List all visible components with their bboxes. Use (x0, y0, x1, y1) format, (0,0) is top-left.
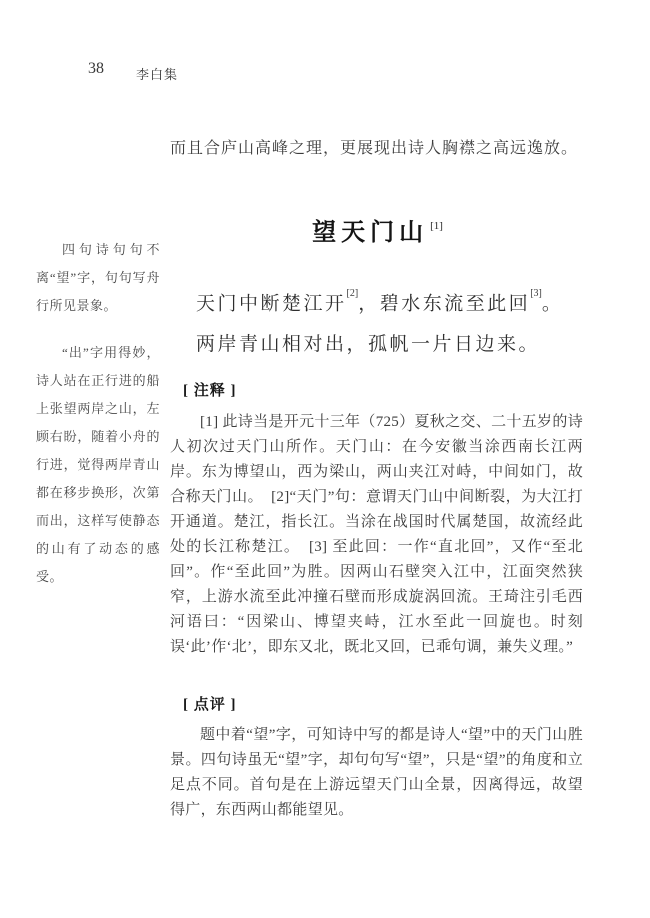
margin-commentary: 四句诗句句不离“望”字，句句写舟行所见景象。 “出”字用得妙，诗人站在正行进的船… (36, 236, 160, 610)
poem-line-1-period: 。 (542, 293, 564, 314)
running-header-book-title: 李白集 (136, 64, 178, 83)
margin-note-paragraph-1: 四句诗句句不离“望”字，句句写舟行所见景象。 (36, 236, 160, 320)
commentary-section-heading: [ 点评 ] (183, 693, 237, 714)
poem-line-2: 两岸青山相对出，孤帆一片日边来。 (196, 324, 563, 365)
poem-line-1-text: 天门中断楚江开 (196, 293, 347, 314)
poem-title: 望天门山[1] (170, 212, 585, 247)
annotations-section-heading: [ 注释 ] (183, 379, 237, 400)
poem-line-1-text-cont: ，碧水东流至此回 (358, 293, 530, 314)
page-number: 38 (88, 60, 104, 78)
commentary-text: 题中着“望”字，可知诗中写的都是诗人“望”中的天门山胜景。四句诗虽无“望”字，却… (170, 723, 583, 823)
annotations-text: [1] 此诗当是开元十三年（725）夏秋之交、二十五岁的诗人初次过天门山所作。天… (170, 410, 583, 660)
footnote-ref-2: [2] (347, 288, 359, 299)
footnote-ref-3: [3] (530, 288, 542, 299)
poem-line-1: 天门中断楚江开[2]，碧水东流至此回[3]。 (196, 279, 563, 324)
margin-note-paragraph-2: “出”字用得妙，诗人站在正行进的船上张望两岸之山，左顾右盼，随着小舟的行进，觉得… (36, 339, 160, 591)
poem-body: 天门中断楚江开[2]，碧水东流至此回[3]。 两岸青山相对出，孤帆一片日边来。 (196, 279, 563, 365)
poem-title-text: 望天门山 (312, 220, 428, 246)
book-page: 38 李白集 而且合庐山高峰之理，更展现出诗人胸襟之高远逸放。 四句诗句句不离“… (0, 0, 650, 918)
continuation-paragraph: 而且合庐山高峰之理，更展现出诗人胸襟之高远逸放。 (170, 136, 590, 162)
poem-title-footnote-ref: [1] (430, 220, 443, 232)
